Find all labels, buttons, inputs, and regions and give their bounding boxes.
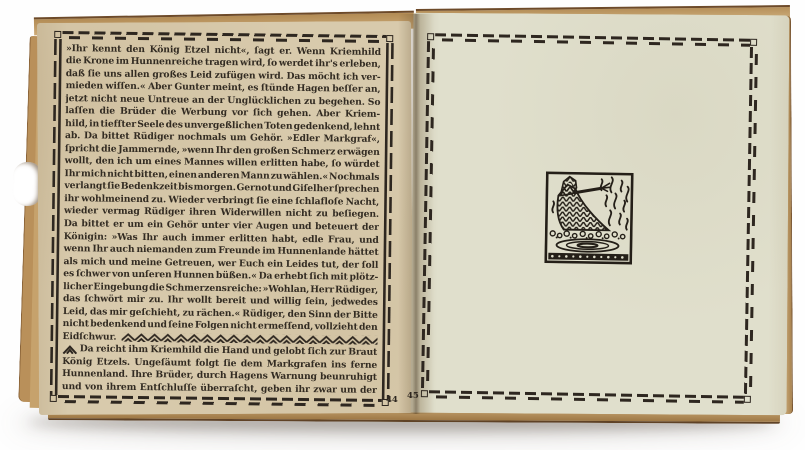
- figure-arm: [574, 188, 601, 193]
- frame-corner: [54, 31, 61, 38]
- right-page-frame: [421, 33, 757, 403]
- book-photo: »IhrkenntdenKönigEtzelnicht«,ſagter.Wenn…: [0, 0, 805, 450]
- left-page-frame: »IhrkenntdenKönigEtzelnicht«,ſagter.Wenn…: [50, 31, 395, 407]
- page-number-right: 45: [407, 391, 419, 401]
- frame-corner: [386, 35, 393, 42]
- paragraph-chevron-ornament: [62, 345, 77, 354]
- frame-corner: [421, 390, 428, 397]
- figure-hand: [601, 183, 609, 191]
- page-number-left: 44: [386, 395, 398, 405]
- woodcut-illustration: [544, 171, 634, 265]
- oval-mound: [556, 239, 618, 252]
- frame-corner: [427, 33, 434, 40]
- frame-corner: [744, 396, 751, 403]
- left-page-text: »IhrkenntdenKönigEtzelnicht«,ſagter.Wenn…: [62, 42, 381, 397]
- frame-corner: [50, 395, 57, 402]
- frame-corner: [750, 39, 757, 46]
